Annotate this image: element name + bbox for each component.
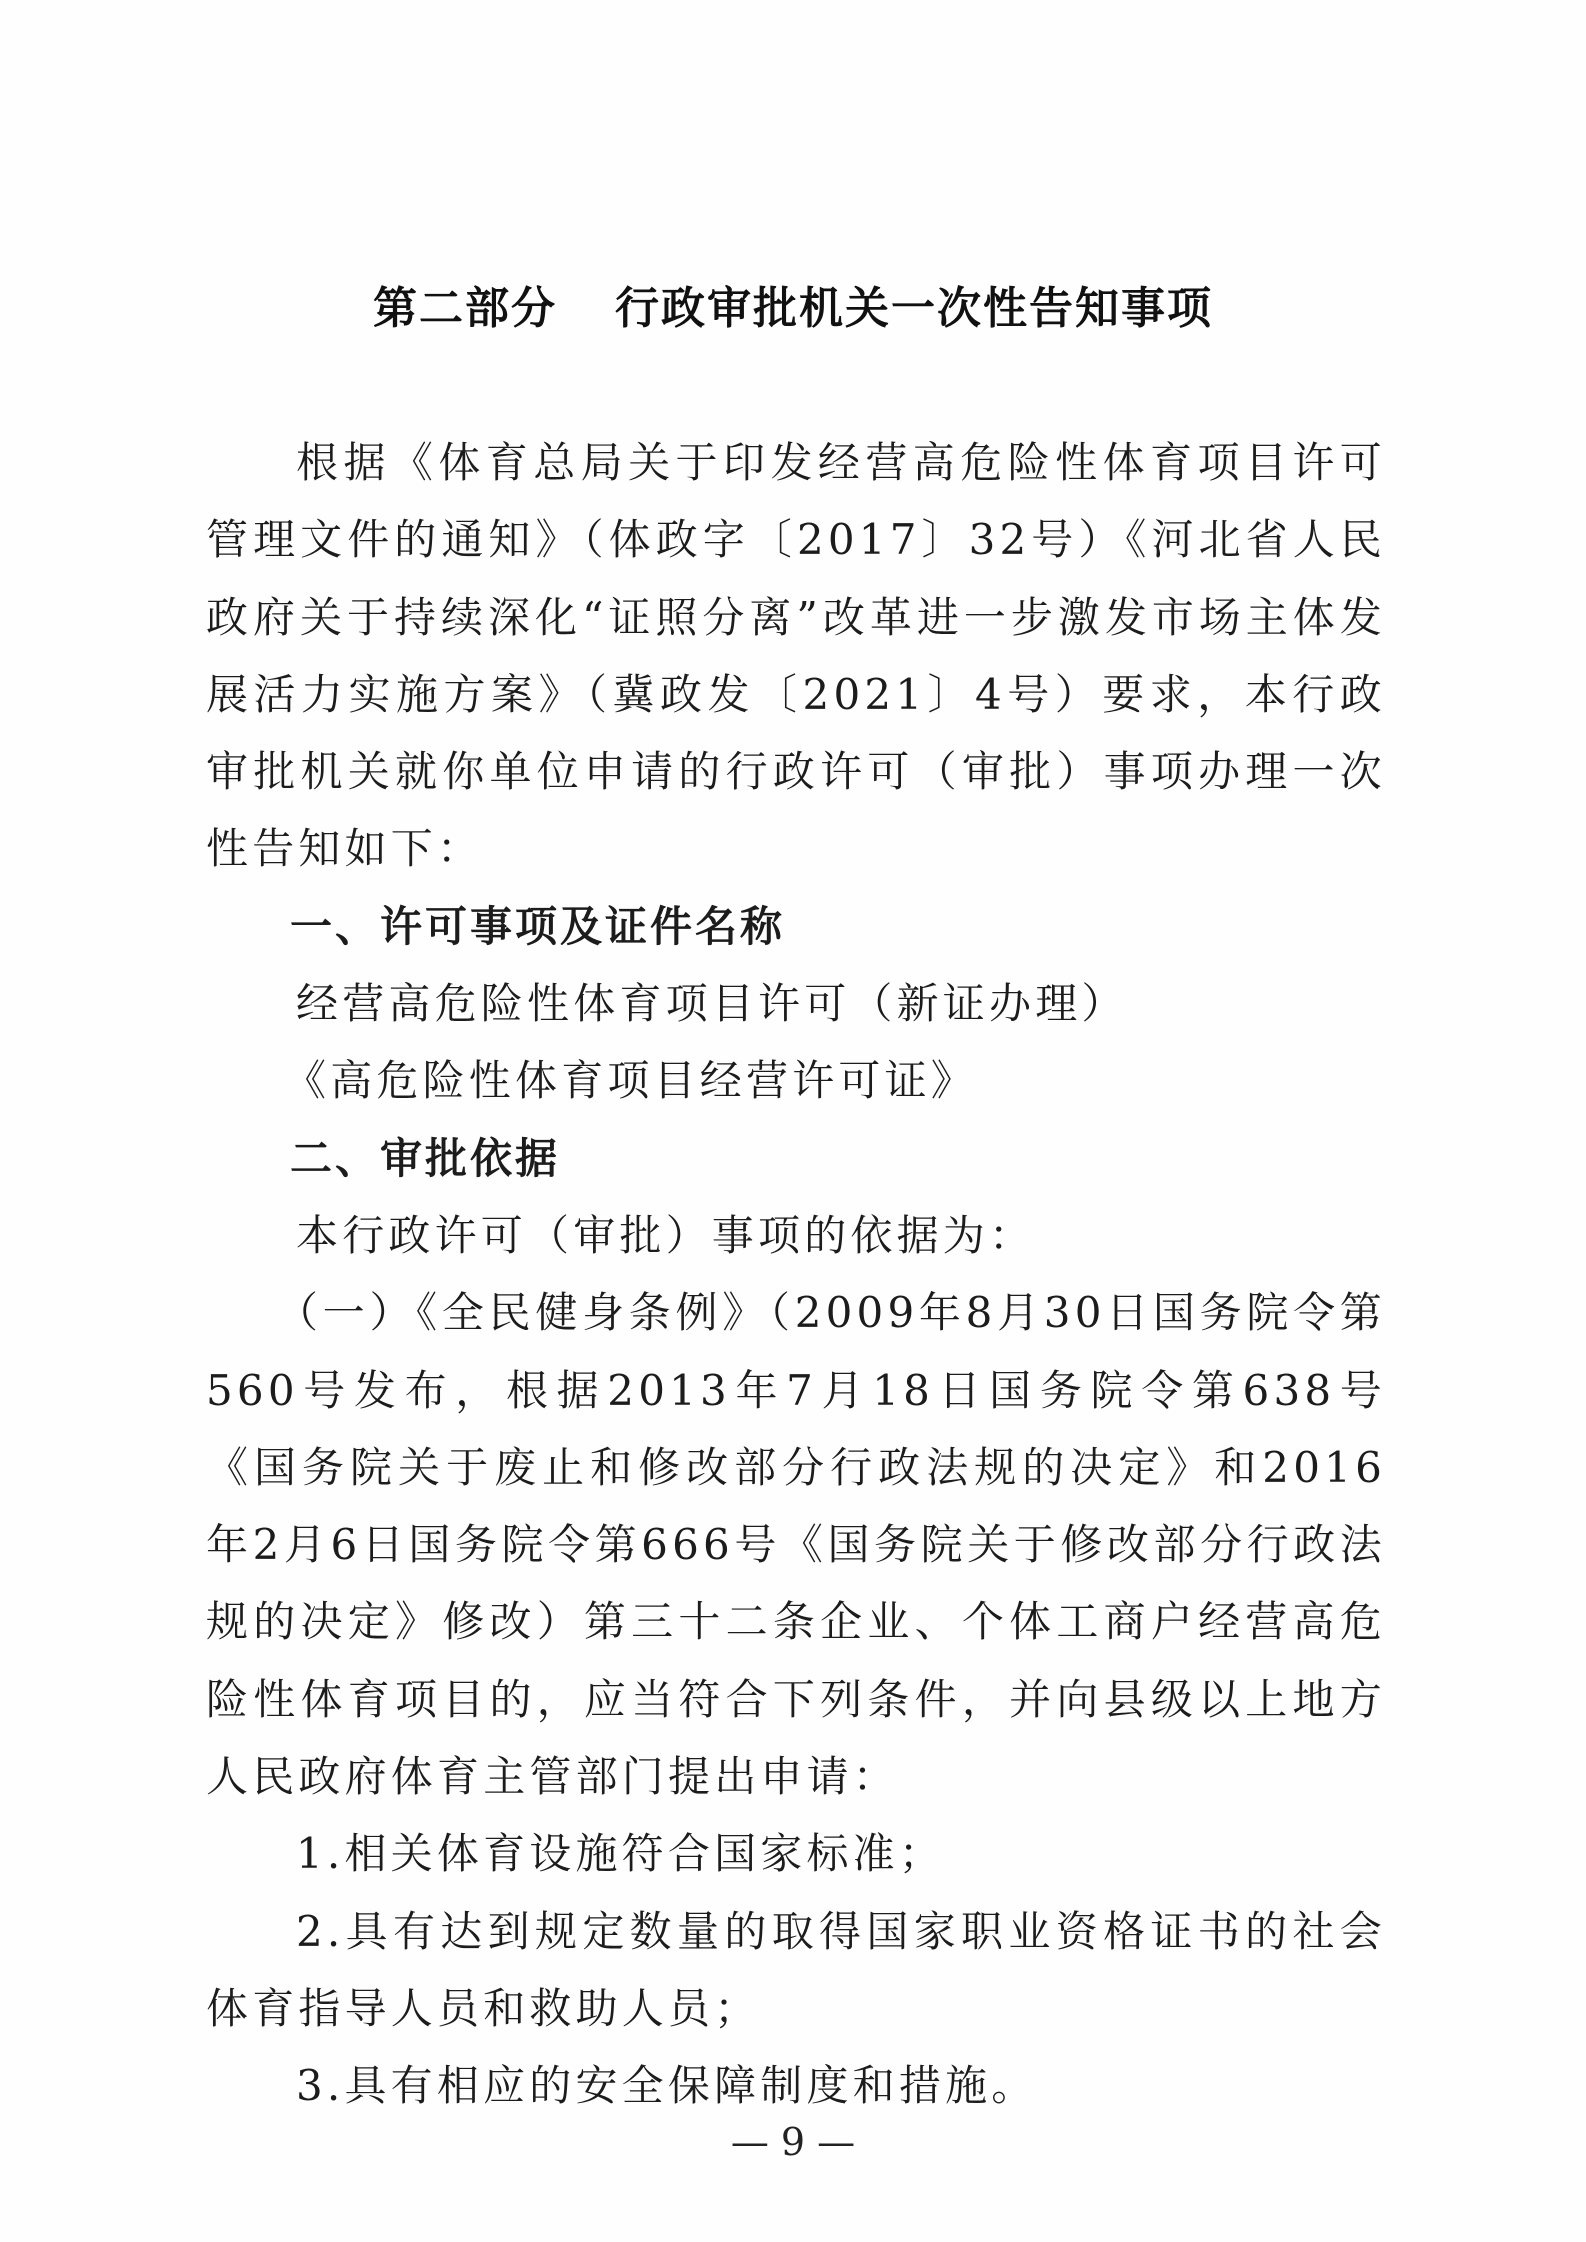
license-item-name: 经营高危险性体育项目许可（新证办理） xyxy=(206,965,1386,1042)
certificate-name: 《高危险性体育项目经营许可证》 xyxy=(206,1042,1386,1119)
condition-1: 1.相关体育设施符合国家标准； xyxy=(206,1815,1386,1892)
page-title: 第二部分行政审批机关一次性告知事项 xyxy=(0,272,1586,336)
intro-paragraph: 根据《体育总局关于印发经营高危险性体育项目许可管理文件的通知》（体政字〔2017… xyxy=(206,424,1386,888)
condition-2: 2.具有达到规定数量的取得国家职业资格证书的社会体育指导人员和救助人员； xyxy=(206,1893,1386,2048)
title-part: 第二部分 xyxy=(373,283,557,334)
title-text: 行政审批机关一次性告知事项 xyxy=(615,283,1213,334)
document-body: 根据《体育总局关于印发经营高危险性体育项目许可管理文件的通知》（体政字〔2017… xyxy=(206,424,1386,2125)
basis-lead: 本行政许可（审批）事项的依据为： xyxy=(206,1197,1386,1274)
section-heading-1: 一、许可事项及证件名称 xyxy=(206,888,1386,965)
basis-paragraph-1: （一）《全民健身条例》（2009年8月30日国务院令第560号发布，根据2013… xyxy=(206,1274,1386,1815)
document-page: 第二部分行政审批机关一次性告知事项 根据《体育总局关于印发经营高危险性体育项目许… xyxy=(0,0,1586,2242)
section-heading-2: 二、审批依据 xyxy=(206,1120,1386,1197)
condition-3: 3.具有相应的安全保障制度和措施。 xyxy=(206,2047,1386,2124)
page-number: — 9 — xyxy=(0,2120,1586,2164)
